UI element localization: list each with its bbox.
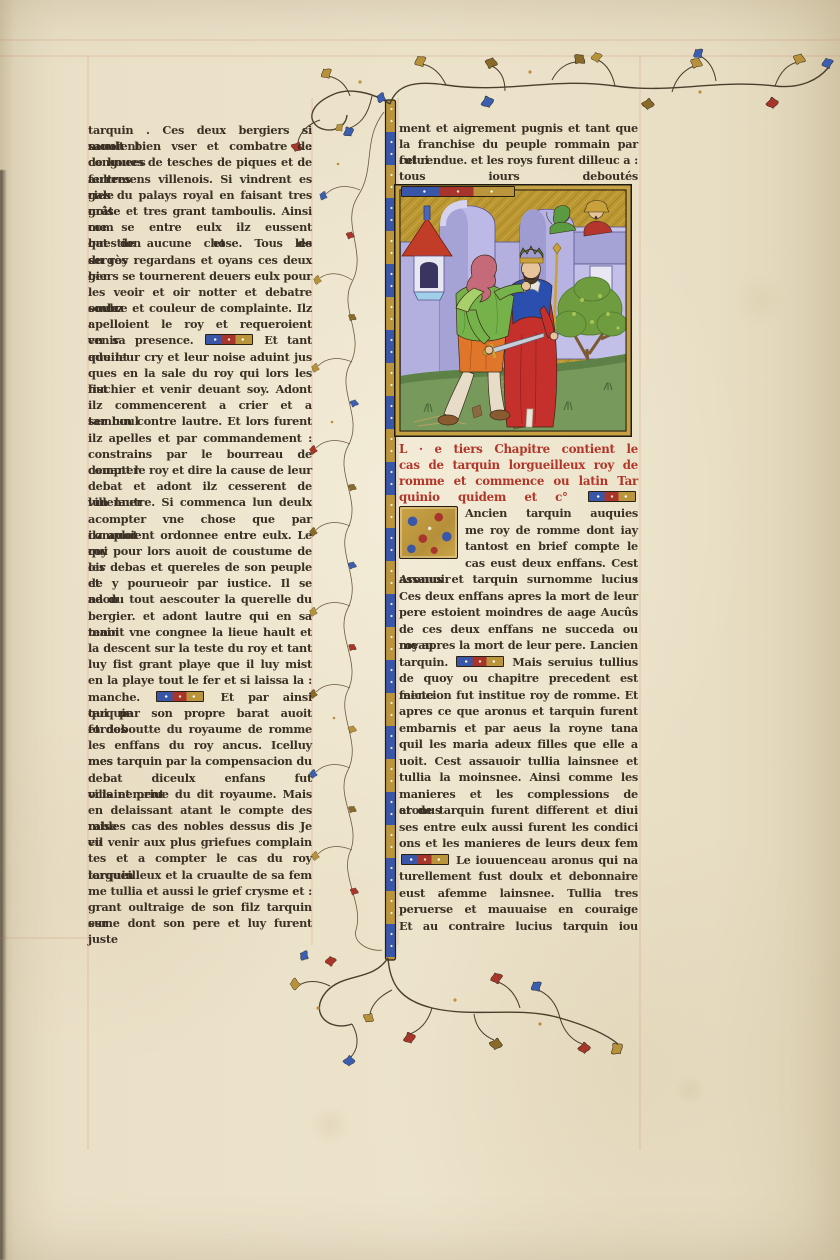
bottom-vine-leaves [290,949,626,1067]
text-line: na du tout aescouter la querelle du [88,591,312,607]
line-filler-ornament [205,334,253,345]
text-line: debat et adont ilz cesserent de villenne… [88,478,312,494]
left-text-column: tarquin . Ces deux bergiers si sauoient … [88,122,312,931]
text-line: esme dont son pere et luy furent juste [88,915,312,931]
text-line: et deboutte du royaume de romme [88,721,312,737]
text-line: Ces deux enffans apres la mort de leur [399,588,638,605]
text-line: ombre et couleur de complainte. Ilz : [88,300,312,316]
text-line: constrains par le bourreau de compter [88,446,312,462]
text-line: me tullia et aussi le grief crysme et : [88,883,312,899]
text-line: apelloient le roy et requeroient venir [88,316,312,332]
illuminated-initial-A [399,506,458,559]
text-line: manieres et les complessions de aronus [399,786,638,803]
text-line: acompter vne chose que par complot [88,511,312,527]
text-line: romme et commence ou latin Tar [399,473,638,489]
text-line: L · e tiers Chapitre contient le [399,441,638,457]
text-line: Et au contraire lucius tarquin iou [399,918,638,935]
text-line: me apres la mort de leur pere. Lancien [399,637,638,654]
body-lines: Ancien tarquin auquiesme roy de romme do… [399,505,638,934]
text-line: la descent sur la teste du roy et tant [88,640,312,656]
text-line: tous iours deboutés [399,169,638,185]
text-line: manche. Et par ainsi tarquin [88,689,312,705]
text-line: quinio quidem et c° [399,489,638,505]
text-line: tullia la moinsnee. Ainsi comme les [399,769,638,786]
text-line: les veoir et oir notter et debatre soubz [88,284,312,300]
miniature-painting [394,184,632,437]
text-line: ocis et priue du dit royaume. Mais [88,786,312,802]
line-filler-ornament [156,691,204,702]
text-line: de houes de tesches de piques et de ault… [88,154,312,170]
text-line: rables cas des nobles dessus dis Je vu [88,818,312,834]
chapter-rubric: L · e tiers Chapitre contient lecas de t… [399,441,638,505]
text-line: eust afemme lainsnee. Tullia tres [399,885,638,902]
text-line: qui pour lors auoit de coustume de oir [88,543,312,559]
bottom-vine-border [298,958,618,1058]
text-line: quil les maria adeux filles que elle a [399,736,638,753]
text-line: lun lautre. Si commenca lun deulx [88,494,312,510]
text-line: du roy regardans et oyans ces deux ber [88,252,312,268]
text-line: de quoy ou chapitre precedent est faicte [399,670,638,687]
text-line: ons et les manieres de leurs deux fem [399,835,638,852]
text-line: apres ce que aronus et tarquin furent [399,703,638,720]
text-line: eil venir aux plus griefues complain [88,834,312,850]
text-line: les debas et quereles de son peuple et [88,559,312,575]
text-line: Le iouuenceau aronus qui na [399,852,638,869]
text-line: tarquin . Ces deux bergiers si sauoient … [88,122,312,138]
text-line: tenoit vne congnee la lieue hault et [88,624,312,640]
text-line: ilz apelles et par commandement : [88,430,312,446]
line-filler-ornament [456,656,504,667]
text-line: uoit. Cest assauoir tullia lainsnee et [399,753,638,770]
text-line: embarnis et par aeus la royne tana [399,720,638,737]
text-line: peruerse et mauuaise en couraige [399,901,638,918]
text-line: me se entre eulx ilz eussent question et… [88,219,312,235]
text-line: de y pourueoir par iustice. Il se adon [88,575,312,591]
text-line: cas de tarquin lorgueilleux roy de [399,457,638,473]
text-line: en la playe tout le fer et si laissa la … [88,672,312,688]
text-line: bergier. et adont lautre qui en sa main [88,608,312,624]
text-line: luy fist grant playe que il luy mist [88,656,312,672]
text-line: qui par son propre barat auoit fordos [88,705,312,721]
right-column-top-text: ment et aigrement pugnis et tant quela f… [399,121,638,185]
text-line: ques en la sale du roy qui lors les fist [88,365,312,381]
text-line: en sa presence. Et tant aduint [88,332,312,348]
text-line: moult bien vser et combatre de conguees [88,138,312,154]
text-line: ment et aigrement pugnis et tant que [399,121,638,137]
text-line: Aronus et tarquin surnomme lucius [399,571,638,588]
text-line: deuant le roy et dire la cause de leur [88,462,312,478]
text-line: en delaissant atant le compte des mise [88,802,312,818]
text-line: ser lun contre lautre. Et lors furent [88,413,312,429]
text-line: que leur cry et leur noise aduint jus [88,349,312,365]
text-line: mencion fut institue roy de romme. Et [399,687,638,704]
text-line: giers se tournerent deuers eulx pour : [88,268,312,284]
manuscript-page: tarquin . Ces deux bergiers si sauoient … [0,0,840,1260]
text-line: les enffans du roy ancus. Icelluy mes [88,737,312,753]
text-line: mes tarquin par la compensacion du [88,753,312,769]
text-line: pere estoient moindres de aage Aucûs [399,604,638,621]
text-line: turellement fust doulx et debonnaire [399,868,638,885]
right-column-body-text: Ancien tarquin auquiesme roy de romme do… [399,505,638,934]
text-line: ilz commencerent a crier et a tamboul [88,397,312,413]
text-line: grant oultraige de son filz tarquin sur [88,899,312,915]
text-line: noise et tres grant tamboulis. Ainsi com [88,203,312,219]
line-filler-ornament [401,186,515,197]
text-line: tarquin. Mais seruius tullius [399,654,638,671]
text-line: debat diceulx enfans fut villainement [88,770,312,786]
line-filler-ornament [588,491,636,502]
line-filler-ornament [401,854,449,865]
text-line: ries du palays royal en faisant tres grâ… [88,187,312,203]
text-line: lorgueilleux et la cruaulte de sa fem [88,867,312,883]
text-line: bat de aucune chose. Tous les sergès [88,235,312,251]
text-line: tes et a compter le cas du roy tarquin [88,850,312,866]
text-line: ses entre eulx aussi furent les condici [399,819,638,836]
text-line: ilz auoient ordonnee entre eulx. Le roy [88,527,312,543]
text-line: de ces deux enffans ne succeda ou royau [399,621,638,638]
text-line: fut rendue. et les roys furent dilleuc a… [399,153,638,169]
text-line: ferremens villenois. Si vindrent es gale [88,171,312,187]
text-line: huchier et venir deuant soy. Adont [88,381,312,397]
text-line: et de tarquin furent different et diui [399,802,638,819]
text-line: la franchise du peuple rommain par celui [399,137,638,153]
